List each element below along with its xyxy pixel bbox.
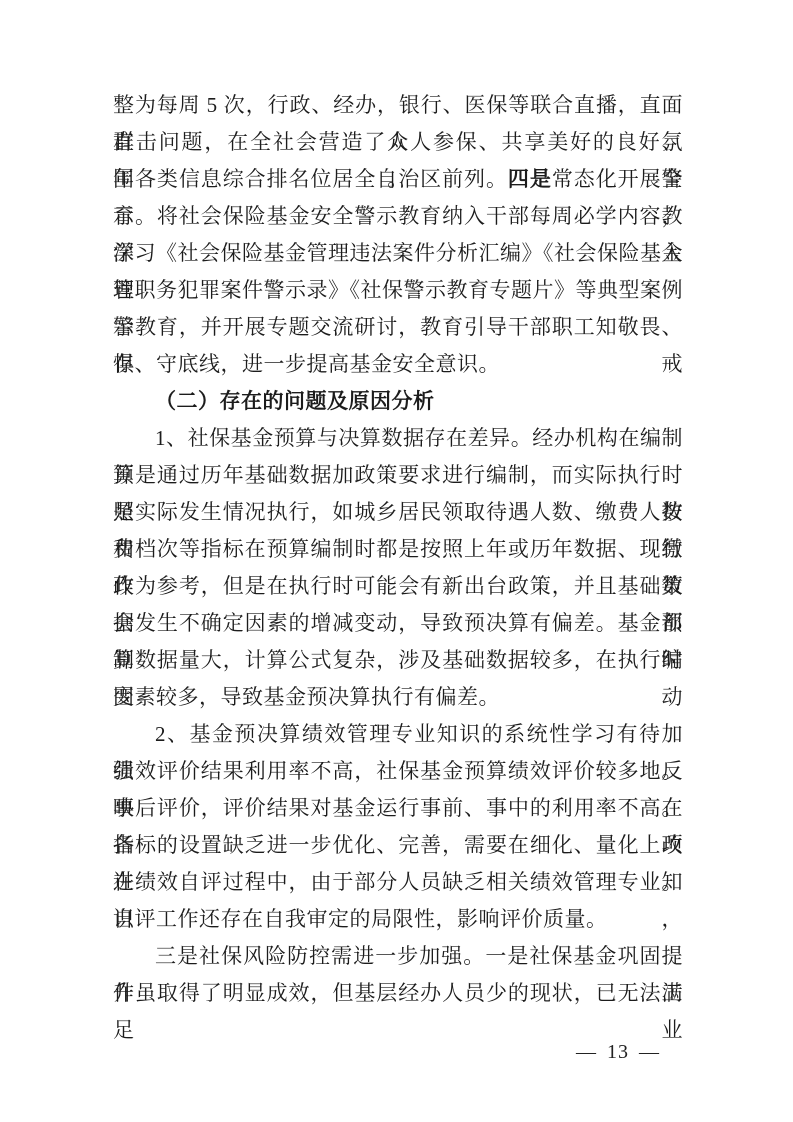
text-line: 算是通过历年基础数据加政策要求进行编制，而实际执行时是按 bbox=[113, 457, 683, 494]
document-body: 整为每周 5 次，行政、经办，银行、医保等联合直播，直面群众、直击问题，在全社会… bbox=[113, 87, 683, 1012]
text-line: 在绩效自评过程中，由于部分人员缺乏相关绩效管理专业知识， bbox=[113, 864, 683, 901]
text-run: 因素较多，导致基金预决算执行有偏差。 bbox=[113, 685, 500, 709]
text-line: 作为参考，但是在执行时可能会有新出台政策，并且基础数据都 bbox=[113, 568, 683, 605]
page-footer: —13— bbox=[566, 1038, 670, 1066]
text-line: 整为每周 5 次，行政、经办，银行、医保等联合直播，直面群众、 bbox=[113, 87, 683, 124]
text-line: 制数据量大，计算公式复杂，涉及基础数据较多，在执行时变动 bbox=[113, 642, 683, 679]
text-line: 直击问题，在全社会营造了人人参保、共享美好的良好氛围。全 bbox=[113, 124, 683, 161]
document-page: 整为每周 5 次，行政、经办，银行、医保等联合直播，直面群众、直击问题，在全社会… bbox=[0, 0, 793, 1122]
text-run: 自评工作还存在自我审定的局限性，影响评价质量。 bbox=[113, 907, 608, 931]
page-number: 13 bbox=[607, 1041, 629, 1063]
text-line: 育。将社会保险基金安全警示教育纳入干部每周必学内容，深入 bbox=[113, 198, 683, 235]
text-line: 事后评价，评价结果对基金运行事前、事中的利用率不高。各项 bbox=[113, 790, 683, 827]
text-line: 会发生不确定因素的增减变动，导致预决算有偏差。基金预算编 bbox=[113, 605, 683, 642]
text-line: 照实际发生情况执行，如城乡居民领取待遇人数、缴费人数和缴 bbox=[113, 494, 683, 531]
text-line: 三是社保风险防控需进一步加强。一是社保基金巩固提升工 bbox=[113, 938, 683, 975]
emphasis-run: （二）存在的问题及原因分析 bbox=[155, 389, 435, 413]
text-line: 理职务犯罪案件警示录》《社保警示教育专题片》等典型案例警 bbox=[113, 272, 683, 309]
text-line: 费档次等指标在预算编制时都是按照上年或历年数据、现行政策 bbox=[113, 531, 683, 568]
text-line: 自评工作还存在自我审定的局限性，影响评价质量。 bbox=[113, 901, 683, 938]
footer-left-dash: — bbox=[576, 1038, 597, 1066]
text-line: 年各类信息综合排名位居全自治区前列。四是常态化开展警示教 bbox=[113, 161, 683, 198]
section-heading: （二）存在的问题及原因分析 bbox=[113, 383, 683, 420]
text-line: 学习《社会保险基金管理违法案件分析汇编》《社会保险基金管 bbox=[113, 235, 683, 272]
emphasis-run: 四是 bbox=[508, 167, 552, 191]
footer-right-dash: — bbox=[639, 1038, 660, 1066]
text-line: 绩效评价结果利用率不高，社保基金预算绩效评价较多地反映在 bbox=[113, 753, 683, 790]
text-run: 年各类信息综合排名位居全自治区前列。 bbox=[113, 167, 508, 191]
text-line: 2、基金预决算绩效管理专业知识的系统性学习有待加强。 bbox=[113, 716, 683, 753]
text-run: 作虽取得了明显成效，但基层经办人员少的现状，已无法满足业 bbox=[113, 981, 683, 1042]
text-run: 惧、守底线，进一步提高基金安全意识。 bbox=[113, 352, 500, 376]
text-line: 示教育，并开展专题交流研讨，教育引导干部职工知敬畏、存戒 bbox=[113, 309, 683, 346]
text-line: 指标的设置缺乏进一步优化、完善，需要在细化、量化上改进。 bbox=[113, 827, 683, 864]
text-line: 1、社保基金预算与决算数据存在差异。经办机构在编制预 bbox=[113, 420, 683, 457]
text-line: 作虽取得了明显成效，但基层经办人员少的现状，已无法满足业 bbox=[113, 975, 683, 1012]
